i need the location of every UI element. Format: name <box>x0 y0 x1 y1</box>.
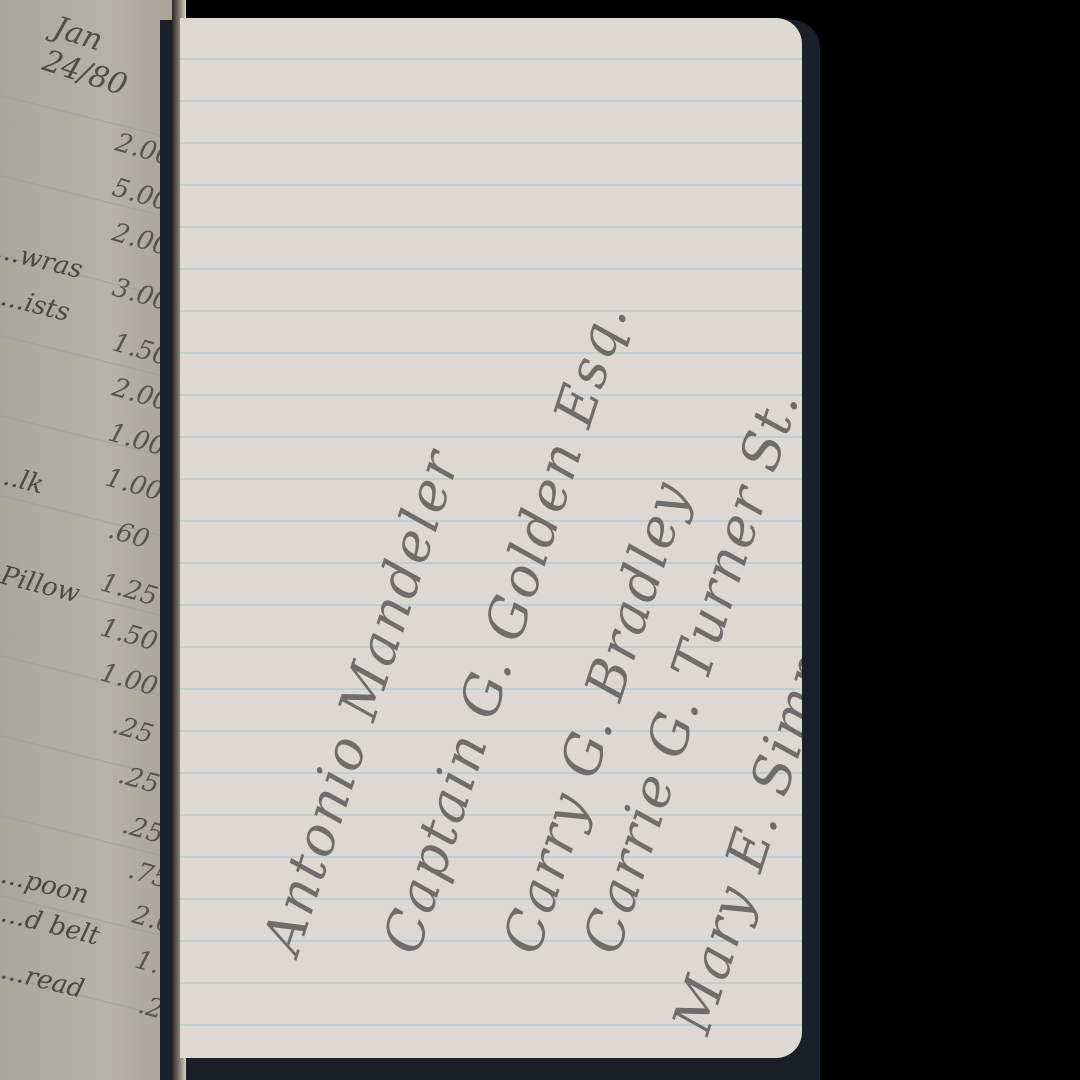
ledger-item: Pillow <box>0 561 83 610</box>
ledger-amount: 1.00 <box>97 658 161 703</box>
ruled-line <box>180 142 802 144</box>
right-signature-page: Antonio Mandeler Captain G. Golden Esq. … <box>180 18 802 1058</box>
ruled-line <box>180 184 802 186</box>
ruled-line <box>180 352 802 354</box>
left-ledger-page: Jan 24/80 2.00 5.00 2.00 3.00 1.50 2.00 … <box>0 0 180 1080</box>
ledger-date: Jan 24/80 <box>38 10 174 114</box>
ledger-item: ...read <box>0 955 87 1005</box>
ruled-line <box>180 58 802 60</box>
ruled-line <box>180 436 802 438</box>
ruled-line <box>180 856 802 858</box>
ledger-amount: 1.50 <box>97 613 161 658</box>
ledger-amount: 1.25 <box>97 568 161 613</box>
ruled-line <box>180 226 802 228</box>
ruled-line <box>180 100 802 102</box>
ledger-amount: 1.00 <box>102 463 166 508</box>
ledger-item: ...lk <box>0 460 47 501</box>
ledger-item: ...ists <box>0 282 73 328</box>
ledger-item: ...d belt <box>0 898 103 951</box>
ledger-amount: .25 <box>115 760 163 800</box>
ledger-amount: .25 <box>109 710 157 750</box>
ruled-line <box>180 268 802 270</box>
ledger-item: ...wras <box>0 235 86 285</box>
ledger-amount: .60 <box>105 515 153 555</box>
ruled-line <box>180 310 802 312</box>
ruled-line <box>180 478 802 480</box>
ruled-line <box>180 394 802 396</box>
ruled-line <box>180 814 802 816</box>
